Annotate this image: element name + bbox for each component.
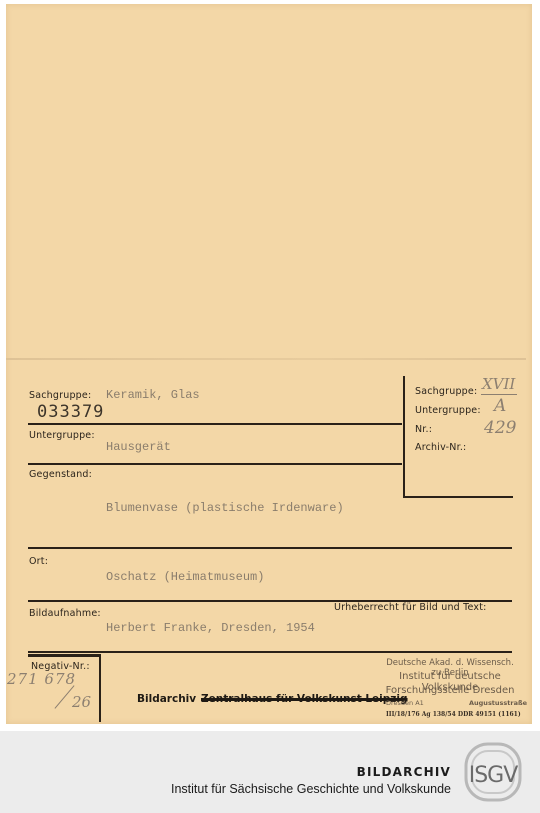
footer-title: BILDARCHIV [357, 765, 451, 779]
right-sachgruppe-value: XVII [482, 375, 515, 393]
ort-value: Oschatz (Heimatmuseum) [106, 570, 264, 584]
imprint-bildarchiv: Bildarchiv [137, 693, 196, 705]
card-fold-line [6, 358, 526, 360]
bildaufnahme-value: Herbert Franke, Dresden, 1954 [106, 621, 315, 635]
right-untergruppe-label: Untergruppe: [415, 405, 481, 416]
footer-subtitle: Institut für Sächsische Geschichte und V… [171, 782, 451, 796]
footer-banner: BILDARCHIV Institut für Sächsische Gesch… [0, 731, 540, 813]
right-block-border [403, 376, 405, 498]
stamp-line-3: Forschungsstelle Dresden [380, 685, 520, 696]
untergruppe-value: Hausgerät [106, 440, 171, 454]
isgv-logo-text: ISGV [469, 763, 519, 788]
gegenstand-value: Blumenvase (plastische Irdenware) [106, 501, 344, 515]
stamp-line-4-right: Augustusstraße [469, 699, 527, 707]
divider-line [28, 463, 402, 465]
isgv-logo-icon: ISGV [461, 740, 525, 804]
handwritten-underline [481, 394, 517, 395]
divider-line [28, 547, 512, 549]
stamp-line-4-left: Dresden A1 [386, 699, 424, 707]
negativ-border [99, 654, 101, 722]
negativ-top-line [28, 654, 100, 657]
right-untergruppe-value: A [494, 396, 506, 416]
urheberrecht-label: Urheberrecht für Bild und Text: [334, 602, 487, 613]
imprint-struck-text: Zentralhaus für Volkskunst Leipzig [201, 693, 408, 705]
sachgruppe-label: Sachgruppe: [29, 390, 91, 401]
right-block-bottom-line [403, 496, 513, 498]
inventory-number: 033379 [37, 402, 104, 422]
bildaufnahme-label: Bildaufnahme: [29, 608, 101, 619]
untergruppe-label: Untergruppe: [29, 430, 95, 441]
nr-label: Nr.: [415, 424, 432, 435]
divider-line [28, 423, 402, 425]
nr-value: 429 [484, 418, 516, 438]
gegenstand-label: Gegenstand: [29, 469, 92, 480]
right-sachgruppe-label: Sachgruppe: [415, 386, 477, 397]
divider-line [28, 651, 512, 653]
ort-label: Ort: [29, 556, 48, 567]
negativ-value: 271 678 [7, 670, 76, 688]
archiv-nr-label: Archiv-Nr.: [415, 442, 466, 453]
negativ-value-2: 26 [72, 693, 91, 711]
sachgruppe-value: Keramik, Glas [106, 388, 200, 402]
print-code: III/18/176 Ag 138/54 DDR 49151 (1161) [386, 711, 521, 718]
